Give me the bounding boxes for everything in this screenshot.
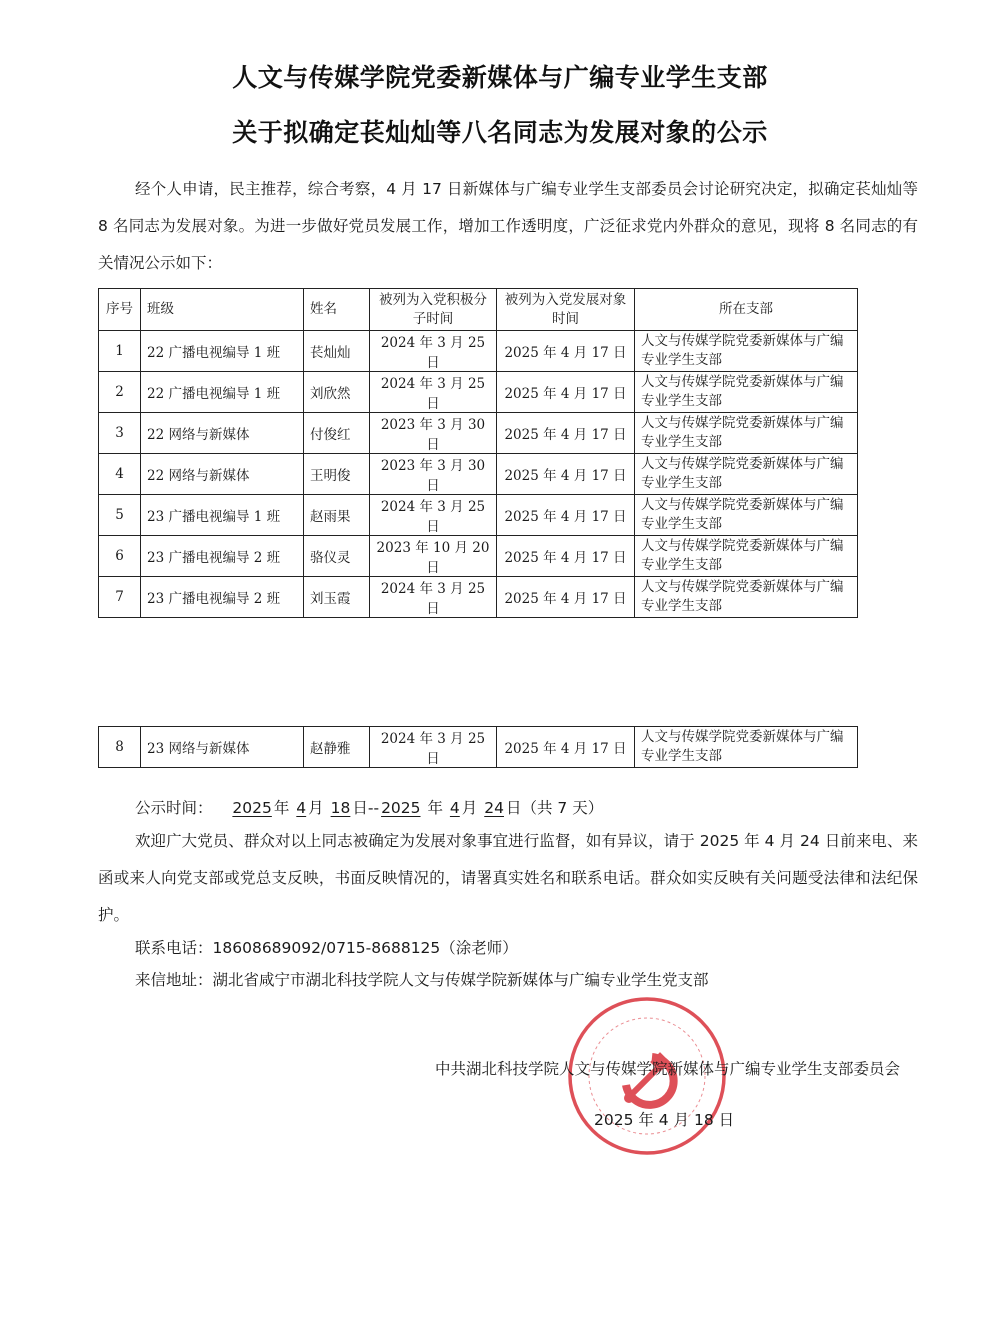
cell-activist-date: 2023 年 3 月 30 日	[370, 413, 497, 454]
cell-name: 赵静雅	[304, 727, 370, 768]
cell-class: 23 网络与新媒体	[141, 727, 304, 768]
cell-activist-date: 2024 年 3 月 25 日	[370, 577, 497, 618]
cell-name: 付俊红	[304, 413, 370, 454]
table-row: 7 23 广播电视编导 2 班 刘玉霞 2024 年 3 月 25 日 2025…	[99, 577, 858, 618]
cell-name: 苌灿灿	[304, 331, 370, 372]
signature-org: 中共湖北科技学院人文与传媒学院新媒体与广编专业学生支部委员会	[435, 1057, 900, 1079]
cell-index: 4	[99, 454, 141, 495]
month-char: 月	[462, 799, 478, 817]
contact-phone: 联系电话：18608689092/0715-8688125（涂老师）	[135, 936, 518, 958]
cell-class: 23 广播电视编导 2 班	[141, 577, 304, 618]
cell-candidate-date: 2025 年 4 月 17 日	[497, 536, 635, 577]
table-row: 2 22 广播电视编导 1 班 刘欣然 2024 年 3 月 25 日 2025…	[99, 372, 858, 413]
month-char: 月	[308, 799, 324, 817]
cell-branch: 人文与传媒学院党委新媒体与广编专业学生支部	[635, 727, 858, 768]
cell-name: 王明俊	[304, 454, 370, 495]
cell-name: 刘玉霞	[304, 577, 370, 618]
cell-branch: 人文与传媒学院党委新媒体与广编专业学生支部	[635, 331, 858, 372]
cell-candidate-date: 2025 年 4 月 17 日	[497, 454, 635, 495]
publicity-period: 公示时间： 2025年 4月 18日--2025 年 4月 24日（共 7 天）	[135, 796, 603, 818]
cell-index: 1	[99, 331, 141, 372]
notice-title-line2: 关于拟确定苌灿灿等八名同志为发展对象的公示	[0, 113, 1000, 149]
start-month: 4	[294, 799, 308, 817]
cell-candidate-date: 2025 年 4 月 17 日	[497, 577, 635, 618]
header-name: 姓名	[304, 289, 370, 331]
header-activist-date: 被列为入党积极分子时间	[370, 289, 497, 331]
cell-index: 5	[99, 495, 141, 536]
notice-title-line1: 人文与传媒学院党委新媒体与广编专业学生支部	[0, 58, 1000, 94]
cell-activist-date: 2023 年 3 月 30 日	[370, 454, 497, 495]
day-char: 日	[352, 799, 368, 817]
table-row: 5 23 广播电视编导 1 班 赵雨果 2024 年 3 月 25 日 2025…	[99, 495, 858, 536]
supervision-paragraph: 欢迎广大党员、群众对以上同志被确定为发展对象事宜进行监督，如有异议，请于 202…	[98, 823, 918, 934]
cell-class: 22 广播电视编导 1 班	[141, 372, 304, 413]
cell-activist-date: 2024 年 3 月 25 日	[370, 727, 497, 768]
table-row: 6 23 广播电视编导 2 班 骆仪灵 2023 年 10 月 20 日 202…	[99, 536, 858, 577]
contact-address: 来信地址：湖北省咸宁市湖北科技学院人文与传媒学院新媒体与广编专业学生党支部	[135, 968, 709, 990]
cell-activist-date: 2023 年 10 月 20 日	[370, 536, 497, 577]
publicity-duration: （共 7 天）	[521, 799, 603, 817]
cell-index: 7	[99, 577, 141, 618]
cell-activist-date: 2024 年 3 月 25 日	[370, 372, 497, 413]
phone-value: 18608689092/0715-8688125（涂老师）	[213, 939, 518, 957]
cell-class: 22 广播电视编导 1 班	[141, 331, 304, 372]
year-char: 年	[427, 799, 443, 817]
candidates-table: 序号 班级 姓名 被列为入党积极分子时间 被列为入党发展对象时间 所在支部 1 …	[98, 288, 858, 618]
day-char: 日	[506, 799, 522, 817]
publicity-label: 公示时间：	[135, 799, 213, 817]
signature-date: 2025 年 4 月 18 日	[594, 1108, 734, 1130]
cell-index: 2	[99, 372, 141, 413]
header-class: 班级	[141, 289, 304, 331]
year-char: 年	[274, 799, 290, 817]
cell-activist-date: 2024 年 3 月 25 日	[370, 495, 497, 536]
end-month: 4	[448, 799, 462, 817]
cell-branch: 人文与传媒学院党委新媒体与广编专业学生支部	[635, 577, 858, 618]
header-branch: 所在支部	[635, 289, 858, 331]
table-row: 1 22 广播电视编导 1 班 苌灿灿 2024 年 3 月 25 日 2025…	[99, 331, 858, 372]
end-year: 2025	[379, 799, 422, 817]
phone-label: 联系电话：	[135, 939, 213, 957]
range-separator: --	[368, 799, 379, 817]
cell-class: 22 网络与新媒体	[141, 413, 304, 454]
cell-candidate-date: 2025 年 4 月 17 日	[497, 727, 635, 768]
address-label: 来信地址：	[135, 971, 213, 989]
end-day: 24	[482, 799, 506, 817]
table-header-row: 序号 班级 姓名 被列为入党积极分子时间 被列为入党发展对象时间 所在支部	[99, 289, 858, 331]
cell-candidate-date: 2025 年 4 月 17 日	[497, 331, 635, 372]
cell-name: 赵雨果	[304, 495, 370, 536]
table-row: 8 23 网络与新媒体 赵静雅 2024 年 3 月 25 日 2025 年 4…	[99, 727, 858, 768]
cell-branch: 人文与传媒学院党委新媒体与广编专业学生支部	[635, 536, 858, 577]
start-year: 2025	[230, 799, 273, 817]
start-day: 18	[329, 799, 353, 817]
cell-index: 6	[99, 536, 141, 577]
cell-branch: 人文与传媒学院党委新媒体与广编专业学生支部	[635, 454, 858, 495]
cell-name: 刘欣然	[304, 372, 370, 413]
address-value: 湖北省咸宁市湖北科技学院人文与传媒学院新媒体与广编专业学生党支部	[213, 971, 709, 989]
cell-activist-date: 2024 年 3 月 25 日	[370, 331, 497, 372]
table-row: 3 22 网络与新媒体 付俊红 2023 年 3 月 30 日 2025 年 4…	[99, 413, 858, 454]
candidates-table-continued: 8 23 网络与新媒体 赵静雅 2024 年 3 月 25 日 2025 年 4…	[98, 726, 858, 768]
header-index: 序号	[99, 289, 141, 331]
cell-index: 8	[99, 727, 141, 768]
cell-branch: 人文与传媒学院党委新媒体与广编专业学生支部	[635, 495, 858, 536]
header-candidate-date: 被列为入党发展对象时间	[497, 289, 635, 331]
table-row: 4 22 网络与新媒体 王明俊 2023 年 3 月 30 日 2025 年 4…	[99, 454, 858, 495]
cell-candidate-date: 2025 年 4 月 17 日	[497, 495, 635, 536]
cell-class: 22 网络与新媒体	[141, 454, 304, 495]
cell-candidate-date: 2025 年 4 月 17 日	[497, 372, 635, 413]
cell-branch: 人文与传媒学院党委新媒体与广编专业学生支部	[635, 372, 858, 413]
cell-class: 23 广播电视编导 2 班	[141, 536, 304, 577]
intro-paragraph: 经个人申请，民主推荐，综合考察，4 月 17 日新媒体与广编专业学生支部委员会讨…	[98, 171, 918, 282]
cell-class: 23 广播电视编导 1 班	[141, 495, 304, 536]
cell-name: 骆仪灵	[304, 536, 370, 577]
cell-branch: 人文与传媒学院党委新媒体与广编专业学生支部	[635, 413, 858, 454]
cell-candidate-date: 2025 年 4 月 17 日	[497, 413, 635, 454]
cell-index: 3	[99, 413, 141, 454]
